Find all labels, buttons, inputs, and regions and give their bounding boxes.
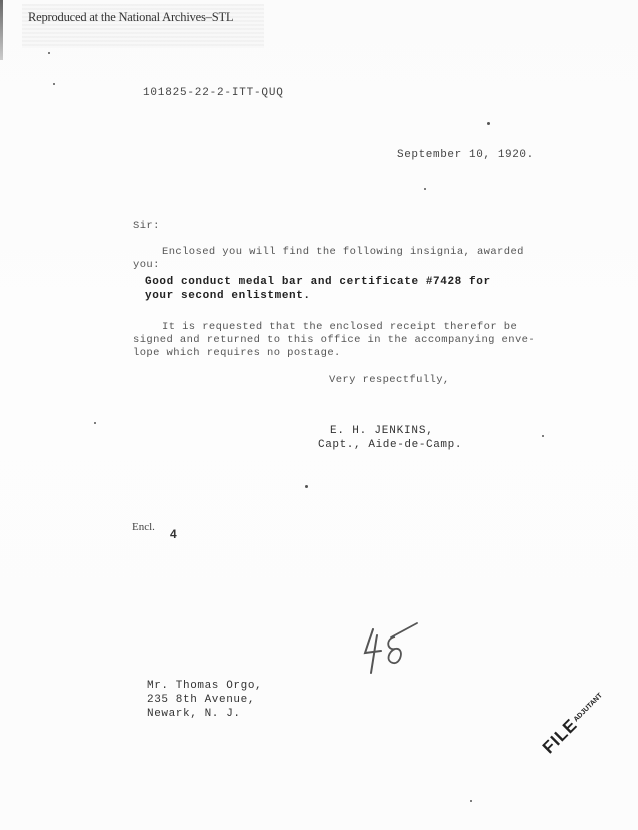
paragraph-1-line-1: Enclosed you will find the following ins… — [162, 246, 524, 258]
signature-title: Capt., Aide-de-Camp. — [318, 439, 462, 451]
closing: Very respectfully, — [329, 374, 450, 386]
reference-number: 101825-22-2-ITT-QUQ — [143, 87, 284, 99]
scan-speck — [48, 52, 50, 54]
file-stamp-sub: ADJUTANT — [573, 692, 604, 723]
scan-edge — [0, 0, 3, 60]
address-line-3: Newark, N. J. — [147, 708, 241, 720]
letter-date: September 10, 1920. — [397, 149, 534, 161]
award-line-2: your second enlistment. — [145, 290, 311, 302]
scan-speck — [53, 83, 55, 85]
enclosure-label: Encl. — [132, 521, 155, 533]
address-line-2: 235 8th Avenue, — [147, 694, 255, 706]
handwritten-number-48: 48 — [355, 617, 425, 677]
scan-speck — [305, 485, 308, 488]
scan-speck — [470, 800, 472, 802]
scan-speck — [542, 435, 544, 437]
file-stamp: FILEADJUTANT — [539, 688, 609, 758]
salutation: Sir: — [133, 220, 160, 232]
archive-stamp: Reproduced at the National Archives–STL — [28, 10, 233, 25]
award-line-1: Good conduct medal bar and certificate #… — [145, 276, 491, 288]
enclosure-count: 4 — [170, 527, 177, 541]
paragraph-2-line-3: lope which requires no postage. — [133, 347, 341, 359]
paragraph-2-line-2: signed and returned to this office in th… — [133, 334, 535, 346]
paragraph-1-line-2: you: — [133, 259, 160, 271]
document-page: Reproduced at the National Archives–STL … — [0, 0, 638, 830]
scan-speck — [94, 422, 96, 424]
signature-name: E. H. JENKINS, — [330, 425, 434, 437]
scan-speck — [487, 122, 490, 125]
address-line-1: Mr. Thomas Orgo, — [147, 680, 262, 692]
paragraph-2-line-1: It is requested that the enclosed receip… — [162, 321, 517, 333]
scan-speck — [424, 188, 426, 190]
